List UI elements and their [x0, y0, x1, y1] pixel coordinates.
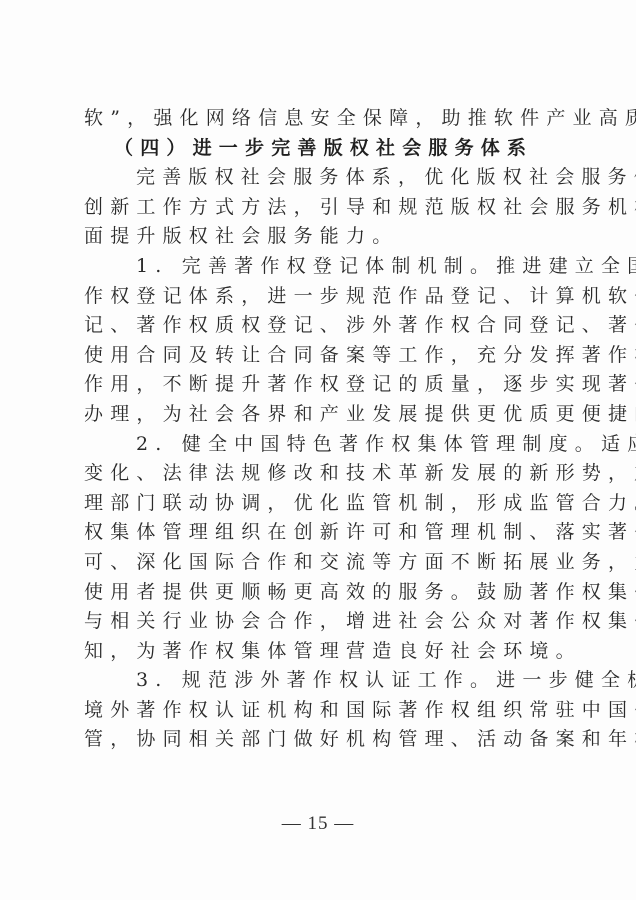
- text-line: 知，为著作权集体管理营造良好社会环境。: [84, 637, 560, 667]
- text-line: 软”，强化网络信息安全保障，助推软件产业高质量发展。: [84, 104, 560, 134]
- item-3-start: 3. 规范涉外著作权认证工作。进一步健全机制，加强: [84, 666, 560, 696]
- document-body: 软”，强化网络信息安全保障，助推软件产业高质量发展。 （四）进一步完善版权社会服…: [84, 104, 560, 755]
- section-heading: （四）进一步完善版权社会服务体系: [84, 134, 560, 164]
- text-line: 作权登记体系，进一步规范作品登记、计算机软件著作权登: [84, 282, 560, 312]
- text-line: 使用者提供更顺畅更高效的服务。鼓励著作权集体管理组织: [84, 578, 560, 608]
- text-line: 理部门联动协调，优化监管机制，形成监管合力。引导著作: [84, 489, 560, 519]
- item-1-start: 1. 完善著作权登记体制机制。推进建立全国统一的著: [84, 252, 560, 282]
- text-line: 变化、法律法规修改和技术革新发展的新形势，加强相关管: [84, 459, 560, 489]
- paragraph-start: 完善版权社会服务体系，优化版权社会服务体制机制，: [84, 163, 560, 193]
- item-2-start: 2. 健全中国特色著作权集体管理制度。适应管理体制: [84, 430, 560, 460]
- text-line: 作用，不断提升著作权登记的质量，逐步实现著作权登记在线: [84, 370, 560, 400]
- text-line: 使用合同及转让合同备案等工作，充分发挥著作权登记机构的: [84, 341, 560, 371]
- text-line: 管，协同相关部门做好机构管理、活动备案和年检审核等工: [84, 725, 560, 755]
- text-line: 创新工作方式方法，引导和规范版权社会服务机构建设，全: [84, 193, 560, 223]
- document-page: 软”，强化网络信息安全保障，助推软件产业高质量发展。 （四）进一步完善版权社会服…: [0, 0, 636, 900]
- text-line: 境外著作权认证机构和国际著作权组织常驻中国代表机构监: [84, 696, 560, 726]
- text-line: 可、深化国际合作和交流等方面不断拓展业务，为权利人和: [84, 548, 560, 578]
- text-line: 办理，为社会各界和产业发展提供更优质更便捷的服务。: [84, 400, 560, 430]
- page-number: — 15 —: [0, 813, 636, 835]
- text-line: 面提升版权社会服务能力。: [84, 222, 560, 252]
- text-line: 权集体管理组织在创新许可和管理机制、落实著作权法定许: [84, 518, 560, 548]
- text-line: 与相关行业协会合作，增进社会公众对著作权集体管理的认: [84, 607, 560, 637]
- text-line: 记、著作权质权登记、涉外著作权合同登记、著作权专有许可: [84, 311, 560, 341]
